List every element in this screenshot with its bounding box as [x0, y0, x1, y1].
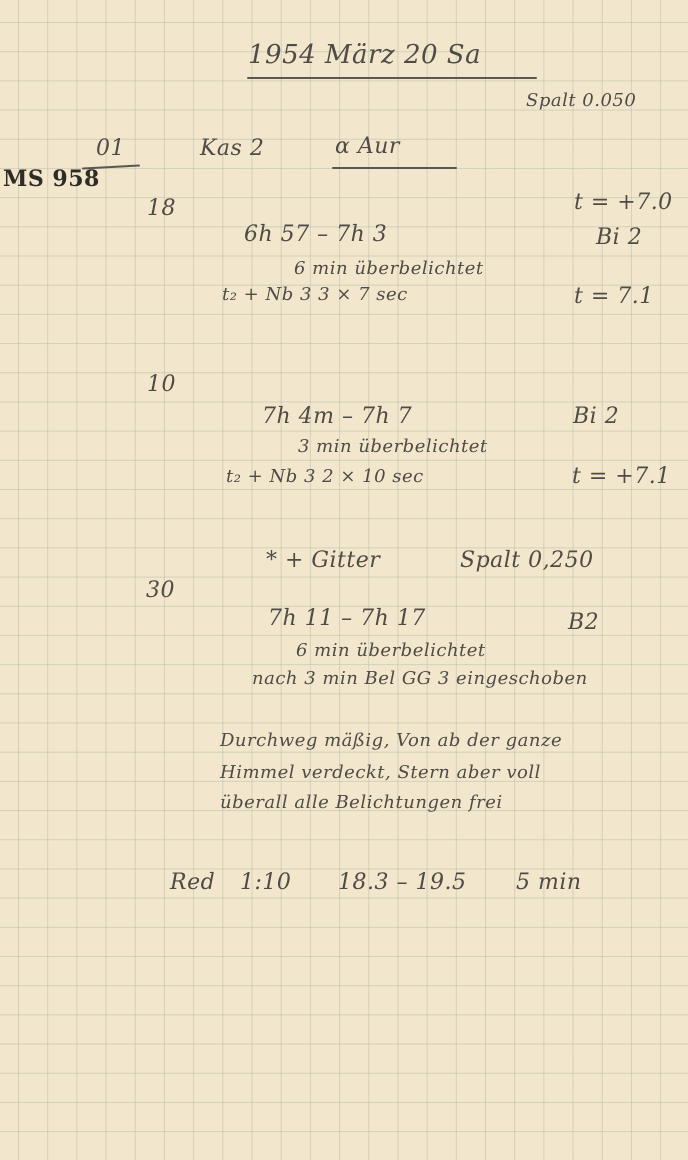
archive-number: MS 958 — [3, 166, 100, 192]
entry-detail: t₂ + Nb 3 3 × 7 sec — [222, 284, 408, 305]
object-underline — [332, 167, 457, 169]
entry-detail: t₂ + Nb 3 2 × 10 sec — [226, 466, 424, 487]
entry-label: 18 — [147, 196, 176, 221]
entry-temp-bottom: t = +7.1 — [572, 464, 671, 489]
date-heading: 1954 März 20 Sa — [248, 40, 481, 70]
remark-line-3: überall alle Belichtungen frei — [220, 792, 503, 813]
remark-line-1: Durchweg mäßig, Von ab der ganze — [220, 730, 562, 751]
entry-time: 7h 4m – 7h 7 — [262, 404, 412, 429]
entry-label: 30 — [146, 578, 175, 603]
reduction-duration: 5 min — [516, 870, 582, 895]
grating-slit: Spalt 0,250 — [460, 548, 594, 573]
reduction-range: 18.3 – 19.5 — [338, 870, 466, 895]
entry-label: 10 — [147, 372, 176, 397]
entry-note: 3 min überbelichtet — [298, 436, 488, 457]
entry-temp-bottom: t = 7.1 — [574, 284, 654, 309]
object-name: α Aur — [335, 134, 400, 159]
entry-filter: Bi 2 — [573, 404, 619, 429]
plate-id: 01 — [96, 136, 125, 161]
entry-note: 6 min überbelichtet — [294, 258, 484, 279]
entry-detail: nach 3 min Bel GG 3 eingeschoben — [252, 668, 588, 689]
entry-time: 7h 11 – 7h 17 — [268, 606, 426, 631]
cassette: Kas 2 — [200, 136, 264, 161]
date-underline — [247, 77, 537, 79]
entry-filter: B2 — [568, 610, 599, 635]
grating-note: * + Gitter — [266, 548, 380, 573]
remark-line-2: Himmel verdeckt, Stern aber voll — [220, 762, 541, 783]
reduction-label: Red — [170, 870, 215, 895]
entry-temp-top: t = +7.0 — [574, 190, 673, 215]
entry-time: 6h 57 – 7h 3 — [244, 222, 387, 247]
slit-width: Spalt 0.050 — [526, 90, 636, 111]
reduction-ratio: 1:10 — [240, 870, 291, 895]
entry-filter: Bi 2 — [596, 225, 642, 250]
entry-note: 6 min überbelichtet — [296, 640, 486, 661]
